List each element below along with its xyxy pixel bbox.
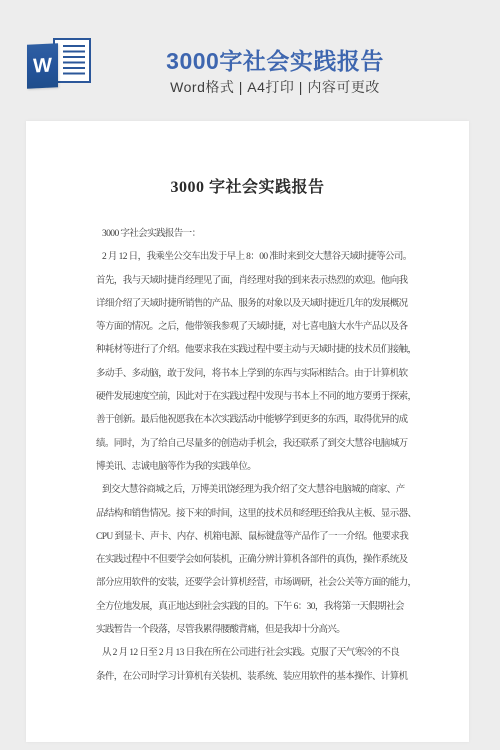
format-info: Word格式 | A4打印 | 内容可更改: [50, 79, 500, 95]
document-body: 3000 字社会实践报告一：2 月 12 日，我乘坐公交车出发于早上 8：00 …: [26, 223, 469, 689]
document-line: CPU 到显卡、声卡、内存、机箱电源、鼠标键盘等产品作了一一介绍。他要求我: [96, 526, 469, 549]
document-line: 条件，在公司时学习计算机有关装机、装系统、装应用软件的基本操作、计算机: [96, 666, 469, 689]
header-text: 3000字社会实践报告 Word格式 | A4打印 | 内容可更改: [50, 48, 500, 95]
document-line: 在实践过程中不但要学会如何装机，正确分辨计算机各部件的真伪，操作系统及: [96, 549, 469, 572]
document-title: 3000 字社会实践报告: [26, 179, 469, 197]
header: W 3000字社会实践报告 Word格式 | A4打印 | 内容可更改: [0, 0, 500, 121]
document-line: 博美讯、志诚电脑等作为我的实践单位。: [96, 456, 469, 479]
document-line: 部分应用软件的安装，还要学会计算机经营，市场调研，社会公关等方面的能力，: [96, 572, 469, 595]
document-line: 实践暂告一个段落，尽管我累得腰酸背痛，但是我却十分高兴。: [96, 619, 469, 642]
document-line: 硬件发展速度空前，因此对于在实践过程中发现与书本上不同的地方要勇于探索，: [96, 386, 469, 409]
document-line: 多动手、多动脑，敢于发问，将书本上学到的东西与实际相结合。由于计算机软: [96, 363, 469, 386]
document-line: 2 月 12 日，我乘坐公交车出发于早上 8：00 准时来到交大慧谷天域时捷等公…: [96, 246, 469, 269]
document-line: 种耗材等进行了介绍。他要求我在实践过程中要主动与天域时捷的技术员们接触，: [96, 339, 469, 362]
document-page: 3000 字社会实践报告 3000 字社会实践报告一：2 月 12 日，我乘坐公…: [26, 121, 469, 742]
document-line: 3000 字社会实践报告一：: [96, 223, 469, 246]
document-line: 绩。同时，为了给自己尽量多的创造动手机会，我还联系了到交大慧谷电脑城万: [96, 433, 469, 456]
document-line: 全方位地发展，真正地达到社会实践的目的。下午 6：30，我将第一天假期社会: [96, 596, 469, 619]
document-line: 首先，我与天域时捷肖经理见了面，肖经理对我的到来表示热烈的欢迎。他向我: [96, 270, 469, 293]
page-title: 3000字社会实践报告: [50, 48, 500, 74]
document-line: 等方面的情况。之后，他带领我参观了天域时捷，对七喜电脑大水牛产品以及各: [96, 316, 469, 339]
document-line: 品结构和销售情况。接下来的时间，这里的技术员和经理还给我从主板、显示器、: [96, 503, 469, 526]
document-line: 到交大慧谷商城之后，万博美讯饶经理为我介绍了交大慧谷电脑城的商家、产: [96, 479, 469, 502]
document-line: 详细介绍了天域时捷所销售的产品、服务的对象以及天域时捷近几年的发展概况: [96, 293, 469, 316]
document-line: 从 2 月 12 日至 2 月 13 日我在所在公司进行社会实践。克服了天气寒冷…: [96, 642, 469, 665]
document-line: 善于创新。最后他祝愿我在本次实践活动中能够学到更多的东西，取得优异的成: [96, 409, 469, 432]
